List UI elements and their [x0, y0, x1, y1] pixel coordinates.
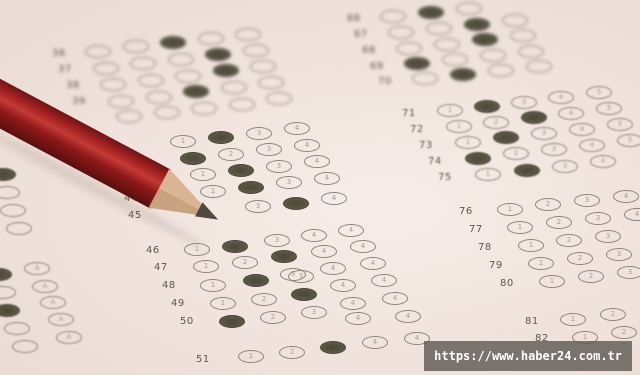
answer-bubble — [4, 322, 30, 335]
answer-bubble-filled — [238, 181, 264, 194]
answer-bubble-filled — [228, 164, 254, 177]
answer-bubble-filled — [474, 100, 500, 113]
answer-bubble — [502, 14, 528, 27]
answer-sheet-photo: 36 37 38 39 66 67 68 69 70 — [0, 0, 640, 375]
answer-bubble-filled — [243, 274, 269, 287]
answer-bubble: 1 — [528, 257, 554, 270]
answer-bubble-filled — [493, 131, 519, 144]
answer-bubble: 2 — [611, 326, 637, 339]
answer-bubble-filled — [465, 152, 491, 165]
answer-bubble: 4 — [304, 155, 330, 168]
answer-bubble-filled — [514, 164, 540, 177]
question-number: 79 — [489, 260, 503, 271]
answer-bubble: 3 — [541, 143, 567, 156]
question-number: 70 — [378, 76, 392, 87]
question-number: 38 — [66, 80, 80, 91]
answer-bubble: 1 — [497, 203, 523, 216]
answer-bubble — [116, 110, 142, 123]
answer-bubble: 4 — [371, 274, 397, 287]
answer-bubble — [480, 49, 506, 62]
answer-bubble — [146, 91, 172, 104]
answer-bubble — [85, 45, 111, 58]
answer-bubble — [518, 45, 544, 58]
answer-bubble-filled — [0, 168, 16, 181]
answer-bubble-filled — [183, 85, 209, 98]
answer-bubble — [380, 10, 406, 23]
answer-bubble: 5 — [586, 86, 612, 99]
question-number: 74 — [428, 156, 442, 167]
question-number: 67 — [354, 29, 368, 40]
answer-bubble-filled — [271, 250, 297, 263]
answer-bubble: 4 — [340, 297, 366, 310]
answer-bubble-filled — [521, 111, 547, 124]
answer-bubble: 1 — [437, 104, 463, 117]
question-number: 75 — [438, 172, 452, 183]
answer-bubble: 1 — [210, 297, 236, 310]
answer-bubble — [266, 92, 292, 105]
answer-bubble — [0, 204, 26, 217]
answer-bubble: 3 — [266, 160, 292, 173]
answer-bubble-filled — [472, 33, 498, 46]
question-number: 51 — [196, 354, 210, 365]
answer-bubble: 3 — [256, 143, 282, 156]
answer-bubble: 1 — [539, 275, 565, 288]
answer-bubble — [250, 60, 276, 73]
answer-bubble: 2 — [503, 147, 529, 160]
answer-bubble: 2 — [556, 234, 582, 247]
answer-bubble: 2 — [535, 198, 561, 211]
answer-bubble: A — [40, 296, 66, 309]
answer-bubble: 4 — [330, 279, 356, 292]
answer-bubble-filled — [0, 304, 20, 317]
question-number: 49 — [171, 298, 185, 309]
answer-bubble: 4 — [284, 122, 310, 135]
answer-bubble — [175, 70, 201, 83]
answer-bubble: 4 — [321, 192, 347, 205]
question-number: 73 — [419, 140, 433, 151]
answer-bubble: 4 — [548, 91, 574, 104]
answer-bubble: 3 — [574, 194, 600, 207]
answer-bubble-filled — [291, 288, 317, 301]
answer-bubble-filled — [320, 341, 346, 354]
answer-bubble: 1 — [507, 221, 533, 234]
answer-bubble: 4 — [382, 292, 408, 305]
question-number: 50 — [180, 316, 194, 327]
answer-bubble — [6, 222, 32, 235]
answer-bubble: 4 — [320, 262, 346, 275]
answer-bubble: 1 — [455, 136, 481, 149]
answer-bubble: 2 — [578, 270, 604, 283]
answer-bubble: 2 — [567, 252, 593, 265]
answer-bubble: 4 — [613, 190, 639, 203]
red-pencil — [0, 64, 267, 267]
answer-bubble: 2 — [600, 308, 626, 321]
answer-bubble: 1 — [238, 350, 264, 363]
question-number: 77 — [469, 224, 483, 235]
question-number: 47 — [154, 262, 168, 273]
answer-bubble — [130, 57, 156, 70]
answer-bubble — [442, 53, 468, 66]
question-number: 78 — [478, 242, 492, 253]
answer-bubble: 3 — [617, 266, 640, 279]
answer-bubble: 4 — [294, 139, 320, 152]
answer-bubble-filled — [180, 152, 206, 165]
answer-bubble-filled — [450, 68, 476, 81]
question-number: 72 — [410, 124, 424, 135]
answer-bubble: 2 — [251, 293, 277, 306]
answer-bubble: 3 — [301, 306, 327, 319]
question-number: 66 — [347, 13, 361, 24]
answer-bubble: 5 — [596, 102, 622, 115]
answer-bubble: 4 — [360, 257, 386, 270]
answer-bubble: A — [56, 331, 82, 344]
answer-bubble — [191, 102, 217, 115]
answer-bubble — [456, 2, 482, 15]
question-number: 81 — [525, 316, 539, 327]
answer-bubble: 3 — [246, 127, 272, 140]
answer-bubble: 4 — [314, 172, 340, 185]
answer-bubble — [168, 53, 194, 66]
answer-bubble: 5 — [617, 134, 640, 147]
answer-bubble-filled — [404, 57, 430, 70]
answer-bubble: A — [48, 313, 74, 326]
answer-bubble: 1 — [560, 313, 586, 326]
answer-bubble: 2 — [279, 346, 305, 359]
answer-bubble-filled — [0, 268, 12, 281]
answer-bubble: 3 — [511, 96, 537, 109]
answer-bubble: 4 — [624, 208, 640, 221]
answer-bubble: 1 — [518, 239, 544, 252]
answer-bubble — [229, 98, 255, 111]
answer-bubble: 1 — [446, 120, 472, 133]
answer-bubble — [412, 72, 438, 85]
question-number: 37 — [58, 64, 72, 75]
answer-bubble: 1 — [200, 279, 226, 292]
answer-bubble — [243, 44, 269, 57]
answer-bubble: 4 — [590, 155, 616, 168]
answer-bubble-filled — [160, 36, 186, 49]
answer-bubble: 2 — [218, 148, 244, 161]
answer-bubble — [100, 78, 126, 91]
answer-bubble: 4 — [569, 123, 595, 136]
answer-bubble — [434, 38, 460, 51]
answer-bubble — [0, 186, 20, 199]
answer-bubble — [526, 60, 552, 73]
answer-bubble: 4 — [362, 336, 388, 349]
answer-bubble — [93, 62, 119, 75]
question-number: 80 — [500, 278, 514, 289]
answer-bubble-filled — [418, 6, 444, 19]
answer-bubble: 3 — [288, 270, 314, 283]
question-number: 69 — [370, 61, 384, 72]
answer-bubble — [221, 81, 247, 94]
answer-bubble: 3 — [606, 248, 632, 261]
answer-bubble: 1 — [475, 168, 501, 181]
answer-bubble: 5 — [607, 118, 633, 131]
answer-bubble — [258, 76, 284, 89]
answer-bubble: 2 — [546, 216, 572, 229]
answer-bubble: 4 — [579, 139, 605, 152]
answer-bubble: 3 — [585, 212, 611, 225]
answer-bubble-filled — [283, 197, 309, 210]
question-number: 46 — [146, 245, 160, 256]
answer-bubble — [108, 95, 134, 108]
answer-bubble: 4 — [345, 312, 371, 325]
watermark-url: https://www.haber24.com.tr — [424, 341, 632, 371]
answer-bubble-filled — [213, 64, 239, 77]
answer-bubble — [388, 26, 414, 39]
answer-bubble — [488, 64, 514, 77]
question-number: 71 — [402, 108, 416, 119]
answer-bubble: 4 — [350, 240, 376, 253]
answer-bubble-filled — [464, 18, 490, 31]
answer-bubble: 3 — [595, 230, 621, 243]
answer-bubble: 4 — [311, 245, 337, 258]
answer-bubble: 3 — [531, 127, 557, 140]
answer-bubble: 3 — [276, 176, 302, 189]
question-number: 76 — [459, 206, 473, 217]
answer-bubble — [12, 340, 38, 353]
answer-bubble — [0, 286, 16, 299]
answer-bubble: 4 — [558, 107, 584, 120]
answer-bubble — [235, 28, 261, 41]
answer-bubble — [396, 42, 422, 55]
question-number: 39 — [72, 96, 86, 107]
answer-bubble: A — [32, 280, 58, 293]
answer-bubble: 2 — [260, 311, 286, 324]
question-number: 48 — [162, 280, 176, 291]
answer-bubble: 3 — [264, 234, 290, 247]
answer-bubble: 4 — [395, 310, 421, 323]
answer-bubble — [510, 29, 536, 42]
answer-bubble-filled — [205, 48, 231, 61]
answer-bubble — [426, 22, 452, 35]
question-number: 68 — [362, 45, 376, 56]
answer-bubble: 1 — [170, 135, 196, 148]
answer-bubble: 2 — [483, 116, 509, 129]
answer-bubble: 4 — [338, 224, 364, 237]
answer-bubble — [123, 40, 149, 53]
answer-bubble — [138, 74, 164, 87]
answer-bubble: 3 — [552, 160, 578, 173]
answer-bubble-filled — [208, 131, 234, 144]
answer-bubble: A — [24, 262, 50, 275]
question-number: 36 — [52, 48, 66, 59]
answer-bubble-filled — [219, 315, 245, 328]
answer-bubble: 1 — [193, 260, 219, 273]
answer-bubble — [154, 106, 180, 119]
answer-bubble: 4 — [301, 229, 327, 242]
answer-bubble — [198, 32, 224, 45]
